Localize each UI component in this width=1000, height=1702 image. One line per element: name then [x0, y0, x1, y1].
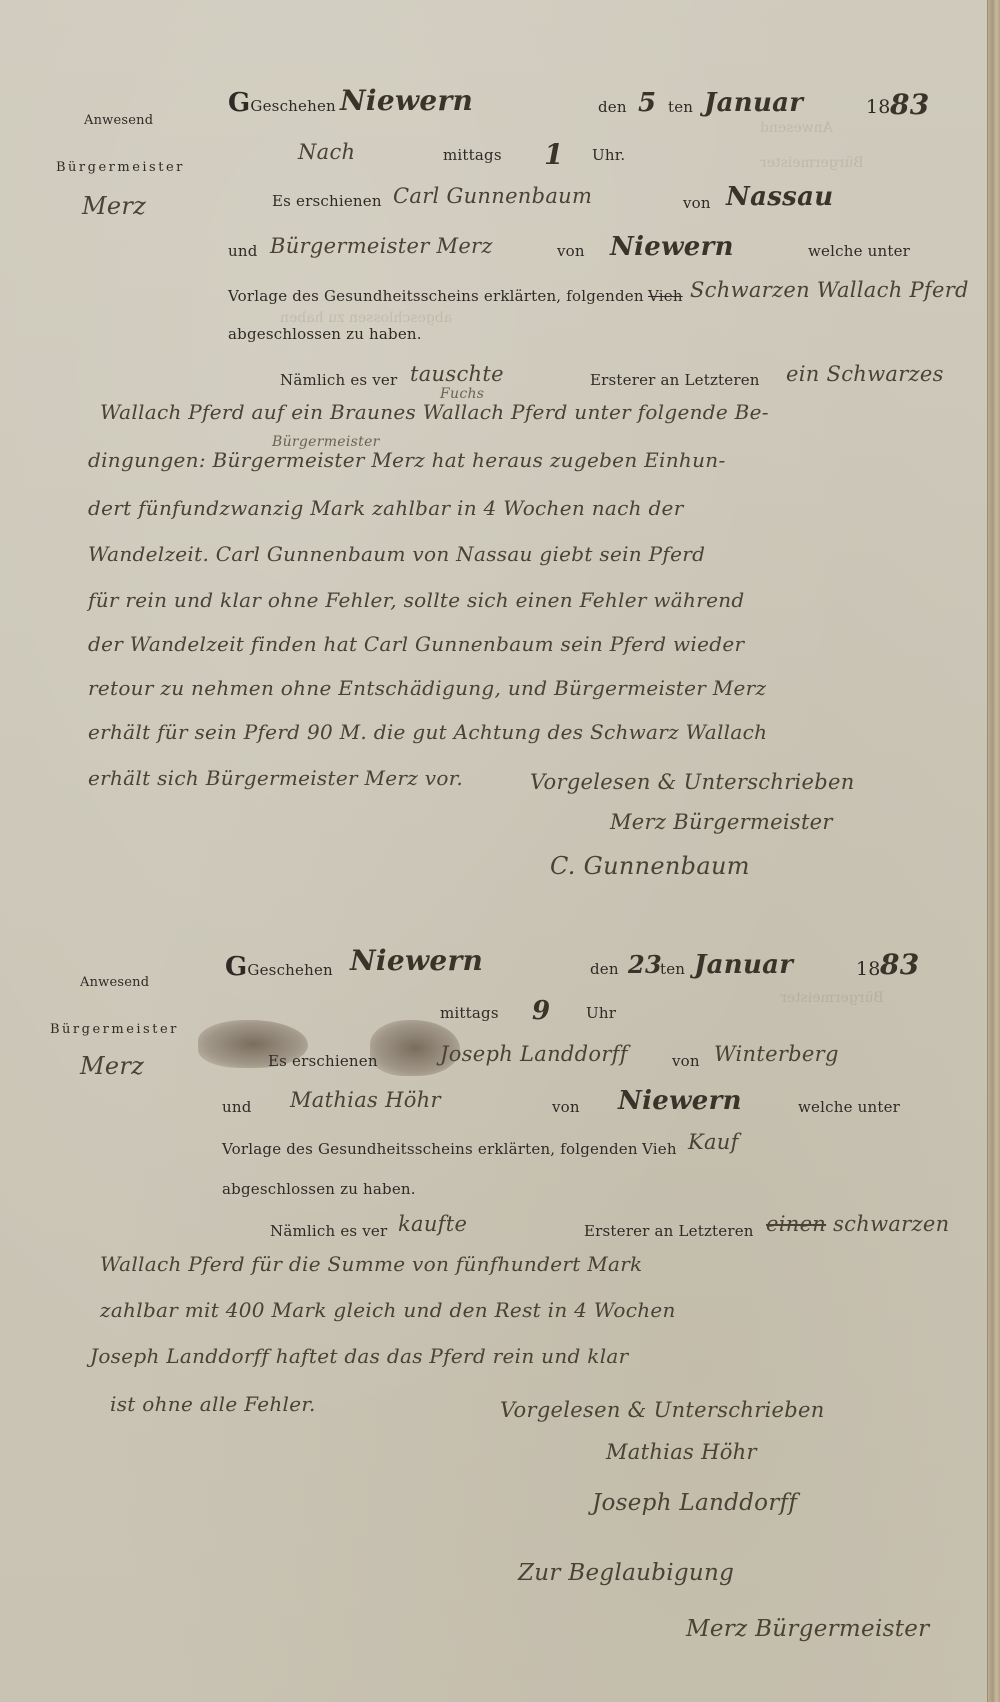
- livestock-label: Vieh: [648, 287, 683, 305]
- hour-field: 9: [532, 996, 550, 1026]
- bleed-through-text: Bürgermeister: [760, 155, 864, 171]
- closing-formula: Vorgelesen & Unterschrieben: [530, 770, 855, 794]
- verb-field: kaufte: [398, 1212, 467, 1236]
- party1-place-field: Winterberg: [714, 1042, 839, 1066]
- first-to-last-label: Ersterer an Letzteren: [590, 371, 760, 389]
- body-line: Joseph Landdorff haftet das das Pferd re…: [90, 1344, 629, 1368]
- month-field: Januar: [694, 950, 793, 980]
- hour-label: Uhr: [586, 1004, 616, 1022]
- body-line: Wandelzeit. Carl Gunnenbaum von Nassau g…: [88, 542, 705, 566]
- body-line: dert fünfundzwanzig Mark zahlbar in 4 Wo…: [88, 496, 684, 520]
- first-words-field: einen schwarzen: [766, 1212, 949, 1236]
- from-label: von: [557, 242, 585, 260]
- bleed-through-text: Anwesend: [760, 120, 833, 136]
- day-prefix: den: [598, 98, 627, 116]
- month-field: Januar: [704, 88, 803, 118]
- livestock-field: Schwarzen Wallach Pferd: [690, 278, 969, 302]
- body-line: Wallach Pferd auf ein Braunes Wallach Pf…: [100, 400, 769, 424]
- body-line: zahlbar mit 400 Mark gleich und den Rest…: [100, 1298, 676, 1322]
- hour-field: 1: [544, 138, 564, 171]
- livestock-field: Kauf: [688, 1130, 739, 1154]
- body-line: für rein und klar ohne Fehler, sollte si…: [88, 588, 745, 612]
- and-label: und: [222, 1098, 252, 1116]
- which-label: welche unter: [808, 242, 910, 260]
- time-label: mittags: [443, 146, 502, 164]
- day-suffix: ten: [668, 98, 693, 116]
- body-line: erhält sich Bürgermeister Merz vor.: [88, 766, 463, 790]
- body-line: erhält für sein Pferd 90 M. die gut Acht…: [88, 720, 767, 744]
- mayor-label: Bürgermeister: [50, 1022, 179, 1037]
- page-edge: [987, 0, 1000, 1702]
- certifier-signature: Merz Bürgermeister: [686, 1616, 929, 1642]
- closing-formula: Vorgelesen & Unterschrieben: [500, 1398, 825, 1422]
- present-label: Anwesend: [80, 975, 149, 990]
- body-line: retour zu nehmen ohne Entschädigung, und…: [88, 676, 766, 700]
- body-line: ist ohne alle Fehler.: [110, 1392, 316, 1416]
- which-label: welche unter: [798, 1098, 900, 1116]
- done-at-label: GGeschehen: [225, 952, 333, 982]
- bleed-through-text: Bürgermeister: [780, 990, 884, 1006]
- mayor-signature: Merz: [82, 192, 146, 220]
- place-field: Niewern: [340, 84, 473, 117]
- appeared-label: Es erschienen: [268, 1052, 378, 1070]
- namely-label: Nämlich es ver: [280, 371, 397, 389]
- concluded-text: abgeschlossen zu haben.: [228, 325, 422, 343]
- party2-place-field: Niewern: [610, 232, 734, 262]
- year-written: 83: [880, 948, 920, 981]
- from-label: von: [672, 1052, 700, 1070]
- party1-place-field: Nassau: [726, 182, 833, 212]
- certification-text: Zur Beglaubigung: [518, 1560, 734, 1586]
- namely-label: Nämlich es ver: [270, 1222, 387, 1240]
- done-at-label: GGeschehen: [228, 88, 336, 118]
- place-field: Niewern: [350, 944, 483, 977]
- party2-name-field: Mathias Höhr: [290, 1088, 441, 1112]
- signature: Mathias Höhr: [606, 1440, 757, 1464]
- body-line: dingungen: Bürgermeister Merz hat heraus…: [88, 448, 726, 472]
- party1-name-field: Joseph Landdorff: [440, 1042, 628, 1066]
- year-printed: 18: [866, 96, 891, 118]
- health-cert-text: Vorlage des Gesundheitsscheins erklärten…: [228, 287, 644, 305]
- signature: Joseph Landdorff: [592, 1490, 797, 1516]
- concluded-text: abgeschlossen zu haben.: [222, 1180, 416, 1198]
- signature: C. Gunnenbaum: [550, 852, 750, 880]
- party2-place-field: Niewern: [618, 1086, 742, 1116]
- from-label: von: [683, 194, 711, 212]
- mayor-label: Bürgermeister: [56, 160, 185, 175]
- verb-field: tauschte: [410, 362, 504, 386]
- body-line: Wallach Pferd für die Summe von fünfhund…: [100, 1252, 642, 1276]
- document-page: Anwesend Bürgermeister abgeschlossen zu …: [0, 0, 1000, 1702]
- hour-label: Uhr.: [592, 146, 625, 164]
- party1-name-field: Carl Gunnenbaum: [393, 184, 592, 208]
- and-label: und: [228, 242, 258, 260]
- from-label: von: [552, 1098, 580, 1116]
- time-prefix-field: Nach: [298, 140, 355, 164]
- body-line: der Wandelzeit finden hat Carl Gunnenbau…: [88, 632, 744, 656]
- first-to-last-label: Ersterer an Letzteren: [584, 1222, 754, 1240]
- time-label: mittags: [440, 1004, 499, 1022]
- year-printed: 18: [856, 958, 881, 980]
- party2-name-field: Bürgermeister Merz: [270, 234, 493, 258]
- day-prefix: den: [590, 960, 619, 978]
- first-words-field: ein Schwarzes: [786, 362, 944, 386]
- day-suffix: ten: [660, 960, 685, 978]
- mayor-signature: Merz: [80, 1052, 144, 1080]
- livestock-label: Vieh: [642, 1140, 677, 1158]
- bleed-through-text: abgeschlossen zu haben: [280, 310, 452, 326]
- year-written: 83: [890, 88, 930, 121]
- present-label: Anwesend: [84, 113, 153, 128]
- day-field: 23: [628, 950, 662, 979]
- signature: Merz Bürgermeister: [610, 810, 833, 834]
- day-field: 5: [638, 88, 656, 118]
- health-cert-text: Vorlage des Gesundheitsscheins erklärten…: [222, 1140, 638, 1158]
- appeared-label: Es erschienen: [272, 192, 382, 210]
